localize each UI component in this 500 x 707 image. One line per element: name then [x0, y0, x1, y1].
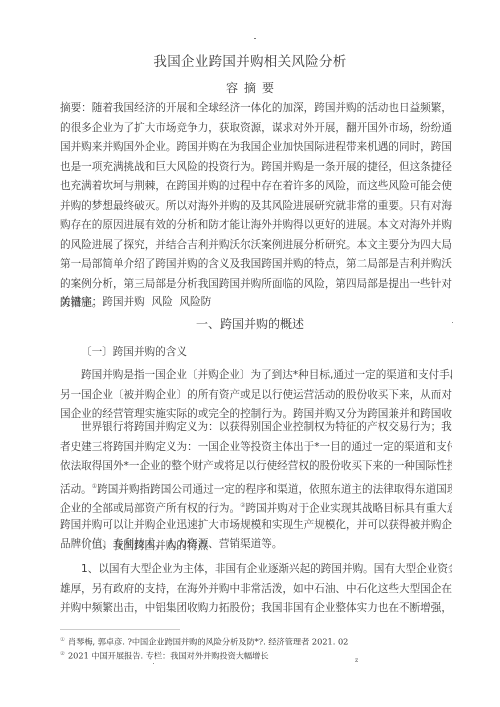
- abstract-line: 的案例分析，第三局部是分析我国跨国并购所面临的风险，第四局部是提出一些针对性的: [60, 275, 452, 295]
- footnote-separator: [60, 629, 180, 630]
- paragraph-line: 1、以国有大型企业为主体，非国有企业逐渐兴起的跨国并购。国有大型企业资金实力: [60, 560, 452, 580]
- paragraph-line: 雄厚，另有政府的支持，在海外并购中非常活泼，如中石油、中石化这些大型国企在海外: [60, 580, 452, 600]
- line-rest: 跨国并购指跨国公司通过一定的程序和渠道，依照东道主的法律取得东道国现有: [97, 483, 452, 495]
- paragraph-line: 依法取得国外*一企业的整个财产或将足以行使经营权的股份收买下来的一种国际性投资: [60, 457, 452, 477]
- footnote-item: ②2021 中国开展报告. 专栏：我国对外并购投资大幅增长: [60, 648, 348, 662]
- page-number: z: [355, 657, 358, 664]
- footnote-mark: ①: [60, 637, 65, 643]
- subsection-heading: 〔一〕跨国并购的含义: [81, 344, 187, 359]
- footnote-item: ①肖琴梅, 郭卓彦. ?中国企业跨国并购的风险分析及防*?. 经济管理者 202…: [60, 634, 348, 648]
- line-rest: 跨国并购对于企业实现其战略目标具有重大意义，: [245, 503, 452, 515]
- abstract-line: 也是一项充满挑战和巨大风险的投资行为。跨国并购是一条开展的捷径，但这条捷径，却: [60, 158, 452, 178]
- section-heading: 一、跨国并购的概述: [0, 315, 500, 332]
- margin-dot: [452, 322, 453, 323]
- abstract-line: 并购的梦想最终破灭。所以对海外并购的及其风险进展研究就非常的重要。只有对海外并: [60, 197, 452, 217]
- paragraph-line: 世界银行将跨国并购定义为：以获得别国企业控制权为特征的产权交易行为；我国学: [60, 418, 452, 438]
- abstract-subtitle: 容摘要: [0, 79, 500, 96]
- paragraph-world-bank: 世界银行将跨国并购定义为：以获得别国企业控制权为特征的产权交易行为；我国学 者史…: [60, 418, 452, 555]
- subsection-heading: 〔二〕我国跨国并购的特点: [81, 538, 208, 553]
- paragraph-line: 跨国并购可以让并购企业迅速扩大市场规模和实现生产规模化，并可以获得被并购企业的: [60, 516, 452, 536]
- line-start: 企业的全部或局部资产所有权的行为。: [60, 503, 240, 515]
- footer-dot: [153, 663, 154, 664]
- paragraph-line: 并购中频繁出击，中铝集团收购力拓股份；我国非国有企业整体实力也在不断增强，也逐: [60, 599, 452, 619]
- footnote-mark: ②: [60, 651, 65, 657]
- abstract-line: 国并购来并购国外企业。跨国并购在为我国企业加快国际进程带来机遇的同时，跨国并购: [60, 138, 452, 158]
- line-start: 活动。: [60, 483, 92, 495]
- footnote-text: 2021 中国开展报告. 专栏：我国对外并购投资大幅增长: [68, 650, 269, 660]
- paragraph-line: 跨国并购是指一国企业〔并购企业〕为了到达*种目标,通过一定的渠道和支付手段,将: [60, 366, 452, 386]
- abstract-line: 摘要：随着我国经济的开展和全球经济一体化的加深，跨国并购的活动也日益频繁，我国: [60, 99, 452, 119]
- document-title: 我国企业跨国并购相关风险分析: [0, 50, 500, 70]
- abstract-paragraph: 摘要：随着我国经济的开展和全球经济一体化的加深，跨国并购的活动也日益频繁，我国 …: [60, 99, 452, 314]
- paragraph-features: 1、以国有大型企业为主体，非国有企业逐渐兴起的跨国并购。国有大型企业资金实力 雄…: [60, 560, 452, 619]
- paragraph-definition: 跨国并购是指一国企业〔并购企业〕为了到达*种目标,通过一定的渠道和支付手段,将 …: [60, 366, 452, 425]
- keywords-line: 关键字：跨国并购 风险 风险防: [60, 293, 452, 313]
- abstract-line: 第一局部简单介绍了跨国并购的含义及我国跨国并购的特点，第二局部是吉利并购沃尔沃: [60, 255, 452, 275]
- paragraph-line: 者史建三将跨国并购定义为：一国企业等投资主体出于*一目的通过一定的渠道和支付手段: [60, 438, 452, 458]
- abstract-line: 的很多企业为了扩大市场竞争力，获取资源，谋求对外开展，翻开国外市场，纷纷通过跨: [60, 119, 452, 139]
- document-page: 我国企业跨国并购相关风险分析 容摘要 摘要：随着我国经济的开展和全球经济一体化的…: [0, 0, 500, 707]
- abstract-line: 购存在的原因进展有效的分析和防才能让海外并购得以更好的进展。本文对海外并购存在: [60, 216, 452, 236]
- abstract-line: 的风险进展了探究，并结合吉利并购沃尔沃案例进展分析研究。本文主要分为四大局部，: [60, 236, 452, 256]
- paragraph-line: 企业的全部或局部资产所有权的行为。②跨国并购对于企业实现其战略目标具有重大意义，: [60, 496, 452, 516]
- keywords-text: 关键字：跨国并购 风险 风险防: [60, 293, 452, 313]
- abstract-line: 也充满着坎坷与荆棘，在跨国并购的过程中存在着许多的风险，而这些风险可能会使跨国: [60, 177, 452, 197]
- paragraph-line: 另一国企业〔被并购企业〕的所有资产或足以行使运营活动的股份收买下来，从而对另一: [60, 386, 452, 406]
- header-dot: [254, 38, 256, 39]
- paragraph-line: 活动。①跨国并购指跨国公司通过一定的程序和渠道，依照东道主的法律取得东道国现有: [60, 477, 452, 497]
- footnotes: ①肖琴梅, 郭卓彦. ?中国企业跨国并购的风险分析及防*?. 经济管理者 202…: [60, 634, 348, 661]
- footnote-text: 肖琴梅, 郭卓彦. ?中国企业跨国并购的风险分析及防*?. 经济管理者 2021…: [68, 637, 348, 647]
